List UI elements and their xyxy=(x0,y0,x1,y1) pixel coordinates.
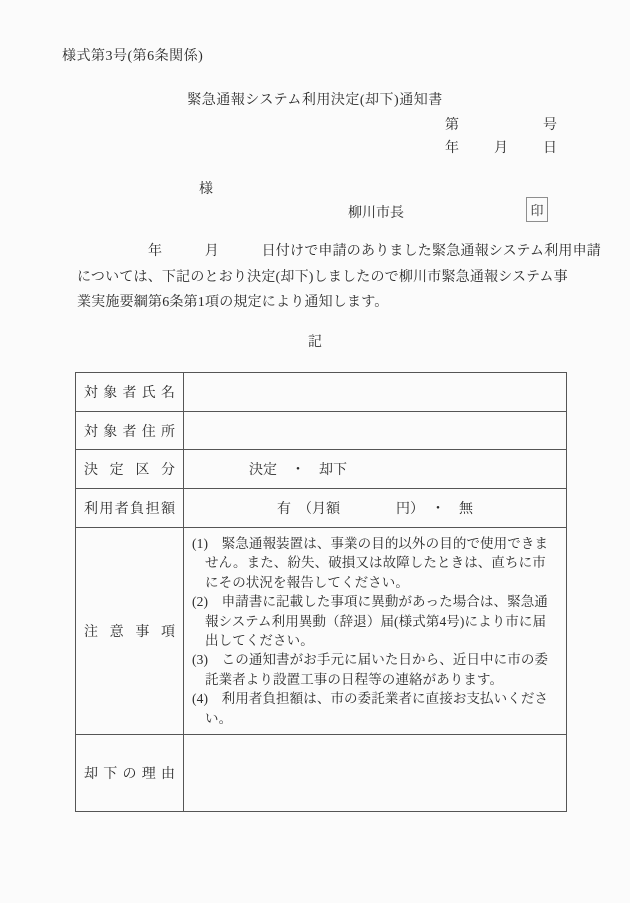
date-year-label: 年 xyxy=(445,137,459,160)
date-line: 年 月 日 xyxy=(445,137,557,160)
row-label: 決定区分 xyxy=(84,459,175,479)
body-line: 年 月 日付けで申請のありました緊急通報システム利用申請 xyxy=(77,239,569,265)
table-row-target-name: 対象者氏名 xyxy=(76,373,566,411)
row-label-cell: 対象者氏名 xyxy=(76,373,184,411)
note-item: (2) 申請書に記載した事項に異動があった場合は、緊急通報システム利用異動（辞退… xyxy=(192,592,559,650)
row-label: 却下の理由 xyxy=(84,763,175,783)
doc-number-suffix: 号 xyxy=(543,114,557,137)
note-item: (1) 緊急通報装置は、事業の目的以外の目的で使用できません。また、紛失、破損又… xyxy=(192,534,559,592)
addressee-honorific: 様 xyxy=(199,178,213,198)
date-month-label: 月 xyxy=(494,137,508,160)
body-line: 業実施要綱第6条第1項の規定により通知します。 xyxy=(77,290,569,316)
row-value-target-address xyxy=(184,412,566,449)
row-value-target-name xyxy=(184,373,566,411)
notification-document-page: 様式第3号(第6条関係) 緊急通報システム利用決定(却下)通知書 第 号 年 月… xyxy=(0,0,630,903)
row-label-cell: 注意事項 xyxy=(76,528,184,734)
note-item: (3) この通知書がお手元に届いた日から、近日中に市の委託業者より設置工事の日程… xyxy=(192,650,559,689)
row-label-cell: 利用者負担額 xyxy=(76,489,184,527)
table-row-target-address: 対象者住所 xyxy=(76,411,566,449)
row-label: 対象者住所 xyxy=(84,421,175,441)
row-label: 利用者負担額 xyxy=(84,498,175,518)
sender-name: 柳川市長 xyxy=(348,202,404,222)
form-number: 様式第3号(第6条関係) xyxy=(62,45,203,65)
row-label-cell: 却下の理由 xyxy=(76,735,184,811)
record-mark: 記 xyxy=(0,331,630,351)
document-title: 緊急通報システム利用決定(却下)通知書 xyxy=(0,89,630,109)
seal-placeholder-box: 印 xyxy=(526,197,548,222)
notice-table: 対象者氏名 対象者住所 決定区分 決定 ・ 却下 利用者負担額 有 （月額 円）… xyxy=(75,372,567,812)
body-paragraph: 年 月 日付けで申請のありました緊急通報システム利用申請 については、下記のとお… xyxy=(77,239,569,316)
notes-list: (1) 緊急通報装置は、事業の目的以外の目的で使用できません。また、紛失、破損又… xyxy=(184,528,566,734)
row-value-user-fee: 有 （月額 円） ・ 無 xyxy=(184,489,566,527)
row-label-cell: 対象者住所 xyxy=(76,412,184,449)
doc-number-line: 第 号 xyxy=(445,114,557,137)
row-value-rejection-reason xyxy=(184,735,566,811)
table-row-rejection-reason: 却下の理由 xyxy=(76,734,566,811)
row-label-cell: 決定区分 xyxy=(76,450,184,488)
note-item: (4) 利用者負担額は、市の委託業者に直接お支払いください。 xyxy=(192,689,559,728)
body-line: については、下記のとおり決定(却下)しましたので柳川市緊急通報システム事 xyxy=(77,265,569,291)
table-row-decision-category: 決定区分 決定 ・ 却下 xyxy=(76,449,566,488)
seal-mark: 印 xyxy=(530,200,543,219)
doc-number-prefix: 第 xyxy=(445,114,459,137)
row-value-decision-category: 決定 ・ 却下 xyxy=(184,450,566,488)
row-label: 対象者氏名 xyxy=(84,382,175,402)
row-label: 注意事項 xyxy=(84,621,175,641)
reference-block: 第 号 年 月 日 xyxy=(445,114,557,160)
table-row-notes: 注意事項 (1) 緊急通報装置は、事業の目的以外の目的で使用できません。また、紛… xyxy=(76,527,566,734)
table-row-user-fee: 利用者負担額 有 （月額 円） ・ 無 xyxy=(76,488,566,527)
date-day-label: 日 xyxy=(543,137,557,160)
